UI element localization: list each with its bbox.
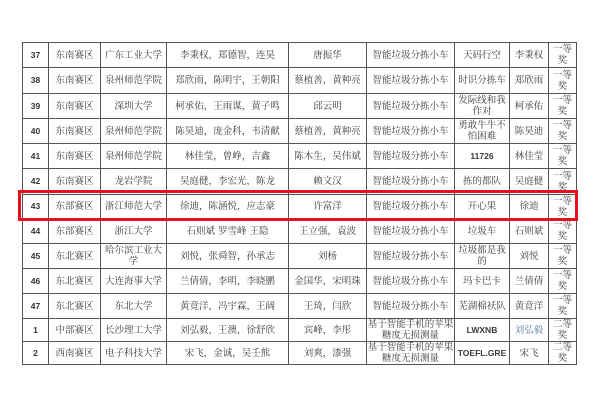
school-cell: 长沙理工大学 bbox=[101, 319, 167, 342]
row-number: 46 bbox=[23, 269, 49, 294]
team-name-cell: 玛卡巴卡 bbox=[455, 269, 510, 294]
leader-cell: 林佳莹 bbox=[510, 144, 549, 169]
project-cell: 智能垃圾分拣小车 bbox=[367, 169, 455, 195]
team-name-cell: 垃圾都是我的 bbox=[455, 244, 510, 269]
row-number: 45 bbox=[23, 244, 49, 269]
table-row: 40东南赛区泉州师范学院陈昊迪，庞金科，韦清献蔡植善，黄种亮智能垃圾分拣小车勇敢… bbox=[23, 119, 577, 144]
members-cell: 宋飞，金诚，吴壬熊 bbox=[167, 342, 289, 365]
table-row-highlighted: 43东部赛区浙江师范大学徐迪，陈涵悦，应志豪许富洋智能垃圾分拣小车开心果徐迪一等… bbox=[23, 195, 577, 219]
leader-cell: 石则斌 bbox=[510, 219, 549, 244]
school-cell: 泉州师范学院 bbox=[101, 119, 167, 144]
advisors-cell: 王立强，袁波 bbox=[289, 219, 367, 244]
members-cell: 兰倩倩，李明，李晓鹏 bbox=[167, 269, 289, 294]
table-row: 42东南赛区龙岩学院吴庭健，李宏光，陈龙赖文汉智能垃圾分拣小车拣的都队吴庭健一等… bbox=[23, 169, 577, 195]
award-cell: 一等奖 bbox=[549, 169, 577, 195]
school-cell: 浙江师范大学 bbox=[101, 195, 167, 219]
row-number: 43 bbox=[23, 195, 49, 219]
school-cell: 泉州师范学院 bbox=[101, 68, 167, 94]
leader-cell: 刘悦 bbox=[510, 244, 549, 269]
advisors-cell: 金国华，宋明珠 bbox=[289, 269, 367, 294]
row-number: 40 bbox=[23, 119, 49, 144]
region-cell: 东南赛区 bbox=[49, 94, 101, 119]
table-row: 47东北赛区东北大学黄竟洋，冯宇霖，王阔王琦，闫欣智能垃圾分拣小车芜湖棉袄队黄竟… bbox=[23, 294, 577, 319]
project-cell: 基于智能手机的苹果糖度无损测量 bbox=[367, 342, 455, 365]
leader-cell: 柯承佑 bbox=[510, 94, 549, 119]
results-table: 37东南赛区广东工业大学李秉权，郑德智，连昊唐振华智能垃圾分拣小车天码行空李秉权… bbox=[22, 42, 577, 365]
members-cell: 刘弘毅，王澳，徐舒欣 bbox=[167, 319, 289, 342]
members-cell: 黄竟洋，冯宇霖，王阔 bbox=[167, 294, 289, 319]
table-row: 39东南赛区深圳大学柯承佑，王雨谋，黄子鸣邱云明智能垃圾分拣小车发际线和我作对柯… bbox=[23, 94, 577, 119]
advisors-cell: 宾峰，李彤 bbox=[289, 319, 367, 342]
team-name-cell: 发际线和我作对 bbox=[455, 94, 510, 119]
members-cell: 郑欣雨，陈明宇，王朝阳 bbox=[167, 68, 289, 94]
award-cell: 一等奖 bbox=[549, 94, 577, 119]
row-number: 47 bbox=[23, 294, 49, 319]
award-cell: 一等奖 bbox=[549, 294, 577, 319]
table-row: 46东北赛区大连海事大学兰倩倩，李明，李晓鹏金国华，宋明珠智能垃圾分拣小车玛卡巴… bbox=[23, 269, 577, 294]
award-cell: 一等奖 bbox=[549, 43, 577, 68]
award-cell: 一等奖 bbox=[549, 144, 577, 169]
table-row: 44东部赛区浙江大学石则斌 罗雪峰 王隐王立强，袁波智能垃圾分拣小车垃圾车石则斌… bbox=[23, 219, 577, 244]
project-cell: 基于智能手机的苹果糖度无损测量 bbox=[367, 319, 455, 342]
region-cell: 东南赛区 bbox=[49, 43, 101, 68]
members-cell: 徐迪，陈涵悦，应志豪 bbox=[167, 195, 289, 219]
row-number: 2 bbox=[23, 342, 49, 365]
project-cell: 智能垃圾分拣小车 bbox=[367, 144, 455, 169]
project-cell: 智能垃圾分拣小车 bbox=[367, 195, 455, 219]
region-cell: 东南赛区 bbox=[49, 144, 101, 169]
school-cell: 大连海事大学 bbox=[101, 269, 167, 294]
award-cell: 一等奖 bbox=[549, 269, 577, 294]
leader-cell: 吴庭健 bbox=[510, 169, 549, 195]
leader-cell: 李秉权 bbox=[510, 43, 549, 68]
members-cell: 刘悦，张舜智，孙承志 bbox=[167, 244, 289, 269]
advisors-cell: 刘爽，漆强 bbox=[289, 342, 367, 365]
school-cell: 泉州师范学院 bbox=[101, 144, 167, 169]
award-cell: 一等奖 bbox=[549, 119, 577, 144]
project-cell: 智能垃圾分拣小车 bbox=[367, 94, 455, 119]
leader-cell: 刘弘毅 bbox=[510, 319, 549, 342]
award-cell: 一等奖 bbox=[549, 244, 577, 269]
leader-cell: 徐迪 bbox=[510, 195, 549, 219]
team-name-cell: 时识分拣车 bbox=[455, 68, 510, 94]
team-name-cell: 11726 bbox=[455, 144, 510, 169]
row-number: 42 bbox=[23, 169, 49, 195]
school-cell: 龙岩学院 bbox=[101, 169, 167, 195]
table-row: 38东南赛区泉州师范学院郑欣雨，陈明宇，王朝阳蔡植善，黄种亮智能垃圾分拣小车时识… bbox=[23, 68, 577, 94]
row-number: 39 bbox=[23, 94, 49, 119]
table-row: 45东北赛区哈尔滨工业大学刘悦，张舜智，孙承志刘杨智能垃圾分拣小车垃圾都是我的刘… bbox=[23, 244, 577, 269]
members-cell: 柯承佑，王雨谋，黄子鸣 bbox=[167, 94, 289, 119]
award-cell: 二等奖 bbox=[549, 342, 577, 365]
project-cell: 智能垃圾分拣小车 bbox=[367, 219, 455, 244]
team-name-cell: TOEFL.GRE bbox=[455, 342, 510, 365]
advisors-cell: 蔡植善，黄种亮 bbox=[289, 68, 367, 94]
leader-cell: 黄竟洋 bbox=[510, 294, 549, 319]
advisors-cell: 陈木生，吴伟斌 bbox=[289, 144, 367, 169]
region-cell: 东南赛区 bbox=[49, 169, 101, 195]
award-cell: 二等奖 bbox=[549, 319, 577, 342]
row-number: 38 bbox=[23, 68, 49, 94]
team-name-cell: 垃圾车 bbox=[455, 219, 510, 244]
leader-cell: 兰倩倩 bbox=[510, 269, 549, 294]
row-number: 41 bbox=[23, 144, 49, 169]
region-cell: 东南赛区 bbox=[49, 68, 101, 94]
team-name-cell: 开心果 bbox=[455, 195, 510, 219]
team-name-cell: 芜湖棉袄队 bbox=[455, 294, 510, 319]
row-number: 37 bbox=[23, 43, 49, 68]
table-row: 41东南赛区泉州师范学院林佳莹，曾峥，吉鑫陈木生，吴伟斌智能垃圾分拣小车1172… bbox=[23, 144, 577, 169]
region-cell: 东南赛区 bbox=[49, 119, 101, 144]
region-cell: 东北赛区 bbox=[49, 269, 101, 294]
award-cell: 一等奖 bbox=[549, 195, 577, 219]
region-cell: 东北赛区 bbox=[49, 294, 101, 319]
members-cell: 李秉权，郑德智，连昊 bbox=[167, 43, 289, 68]
advisors-cell: 刘杨 bbox=[289, 244, 367, 269]
table-row: 2西南赛区电子科技大学宋飞，金诚，吴壬熊刘爽，漆强基于智能手机的苹果糖度无损测量… bbox=[23, 342, 577, 365]
award-cell: 一等奖 bbox=[549, 219, 577, 244]
table-row: 37东南赛区广东工业大学李秉权，郑德智，连昊唐振华智能垃圾分拣小车天码行空李秉权… bbox=[23, 43, 577, 68]
school-cell: 广东工业大学 bbox=[101, 43, 167, 68]
team-name-cell: 勇敢牛牛不怕困难 bbox=[455, 119, 510, 144]
region-cell: 中部赛区 bbox=[49, 319, 101, 342]
project-cell: 智能垃圾分拣小车 bbox=[367, 68, 455, 94]
leader-cell: 郑欣雨 bbox=[510, 68, 549, 94]
project-cell: 智能垃圾分拣小车 bbox=[367, 244, 455, 269]
school-cell: 哈尔滨工业大学 bbox=[101, 244, 167, 269]
award-cell: 一等奖 bbox=[549, 68, 577, 94]
project-cell: 智能垃圾分拣小车 bbox=[367, 294, 455, 319]
team-name-cell: LWXNB bbox=[455, 319, 510, 342]
members-cell: 吴庭健，李宏光，陈龙 bbox=[167, 169, 289, 195]
advisors-cell: 赖文汉 bbox=[289, 169, 367, 195]
school-cell: 东北大学 bbox=[101, 294, 167, 319]
team-name-cell: 拣的都队 bbox=[455, 169, 510, 195]
members-cell: 陈昊迪，庞金科，韦清献 bbox=[167, 119, 289, 144]
advisors-cell: 蔡植善，黄种亮 bbox=[289, 119, 367, 144]
members-cell: 石则斌 罗雪峰 王隐 bbox=[167, 219, 289, 244]
region-cell: 西南赛区 bbox=[49, 342, 101, 365]
row-number: 44 bbox=[23, 219, 49, 244]
region-cell: 东部赛区 bbox=[49, 195, 101, 219]
row-number: 1 bbox=[23, 319, 49, 342]
advisors-cell: 王琦，闫欣 bbox=[289, 294, 367, 319]
school-cell: 浙江大学 bbox=[101, 219, 167, 244]
members-cell: 林佳莹，曾峥，吉鑫 bbox=[167, 144, 289, 169]
table-row: 1中部赛区长沙理工大学刘弘毅，王澳，徐舒欣宾峰，李彤基于智能手机的苹果糖度无损测… bbox=[23, 319, 577, 342]
team-name-cell: 天码行空 bbox=[455, 43, 510, 68]
advisors-cell: 唐振华 bbox=[289, 43, 367, 68]
leader-cell: 陈昊迪 bbox=[510, 119, 549, 144]
region-cell: 东北赛区 bbox=[49, 244, 101, 269]
advisors-cell: 许富洋 bbox=[289, 195, 367, 219]
project-cell: 智能垃圾分拣小车 bbox=[367, 119, 455, 144]
project-cell: 智能垃圾分拣小车 bbox=[367, 269, 455, 294]
advisors-cell: 邱云明 bbox=[289, 94, 367, 119]
school-cell: 深圳大学 bbox=[101, 94, 167, 119]
project-cell: 智能垃圾分拣小车 bbox=[367, 43, 455, 68]
region-cell: 东部赛区 bbox=[49, 219, 101, 244]
school-cell: 电子科技大学 bbox=[101, 342, 167, 365]
leader-cell: 宋飞 bbox=[510, 342, 549, 365]
